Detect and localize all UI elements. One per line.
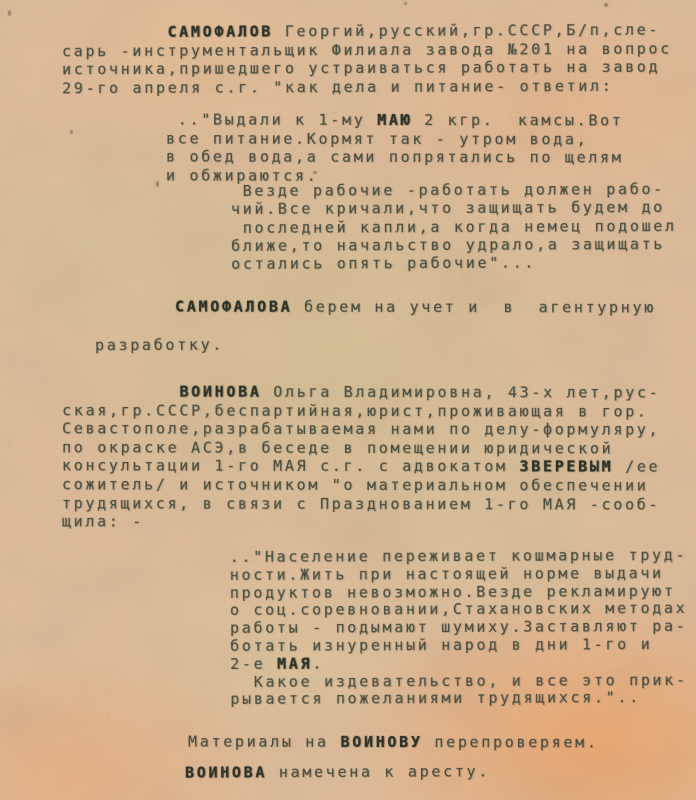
typewritten-text: намечена к аресту.: [267, 762, 490, 781]
ink-speck: [404, 2, 407, 5]
typewritten-text: разработку.: [95, 336, 224, 355]
typewritten-text: .."Выдали к 1-му: [166, 111, 377, 129]
typewritten-text: Материалы на: [188, 733, 341, 751]
quote-samofalov-statement-part1: .."Выдали к 1-му МАЮ 2 кгр. камсы.Вот вс…: [166, 111, 624, 186]
emphasized-name: ВОИНОВА: [185, 763, 267, 781]
paragraph-voinova-intro: ВОИНОВА Ольга Владимировна, 43-х лет,рус…: [62, 382, 661, 532]
typewritten-text: перепроверяем.: [423, 733, 599, 751]
line-materialy-pereproveryaem: Материалы на ВОИНОВУ перепроверяем.: [188, 733, 599, 752]
typewritten-text: Везде рабочие -работать должен рабо- чий…: [231, 180, 677, 273]
typewritten-text: [62, 23, 168, 41]
typewritten-text: [62, 382, 179, 400]
line-samofalova-na-uchet: САМОФАЛОВА берем на учет и в агентурную: [175, 297, 656, 317]
emphasized-name: САМОФАЛОВ: [167, 22, 273, 40]
typewritten-text: берем на учет и в агентурную: [292, 298, 656, 317]
emphasized-name: ВОИНОВУ: [340, 733, 422, 751]
emphasized-name: МАЮ: [377, 111, 412, 129]
line-voinova-arest: ВОИНОВА намечена к аресту.: [185, 762, 490, 782]
line-razrabotku: разработку.: [95, 336, 224, 355]
document-page: САМОФАЛОВ Георгий,русский,гр.СССР,Б/п,сл…: [0, 0, 696, 800]
emphasized-name: МАЯ: [277, 654, 312, 672]
emphasized-name: САМОФАЛОВА: [175, 297, 292, 315]
paragraph-samofalov-intro: САМОФАЛОВ Георгий,русский,гр.СССР,Б/п,сл…: [62, 21, 672, 98]
quote-voinova-statement: .."Население переживает кошмарные труд- …: [230, 547, 688, 709]
ink-speck: [604, 3, 608, 7]
emphasized-name: ВОИНОВА: [179, 383, 261, 401]
ink-speck: [70, 130, 73, 134]
ink-speck: [156, 181, 159, 187]
emphasized-name: ЗВЕРЕВЫМ: [519, 458, 613, 476]
quote-samofalov-statement-part2: Везде рабочие -работать должен рабо- чий…: [231, 180, 677, 273]
text-layer: САМОФАЛОВ Георгий,русский,гр.СССР,Б/п,сл…: [0, 0, 696, 800]
ink-speck: [8, 10, 11, 16]
